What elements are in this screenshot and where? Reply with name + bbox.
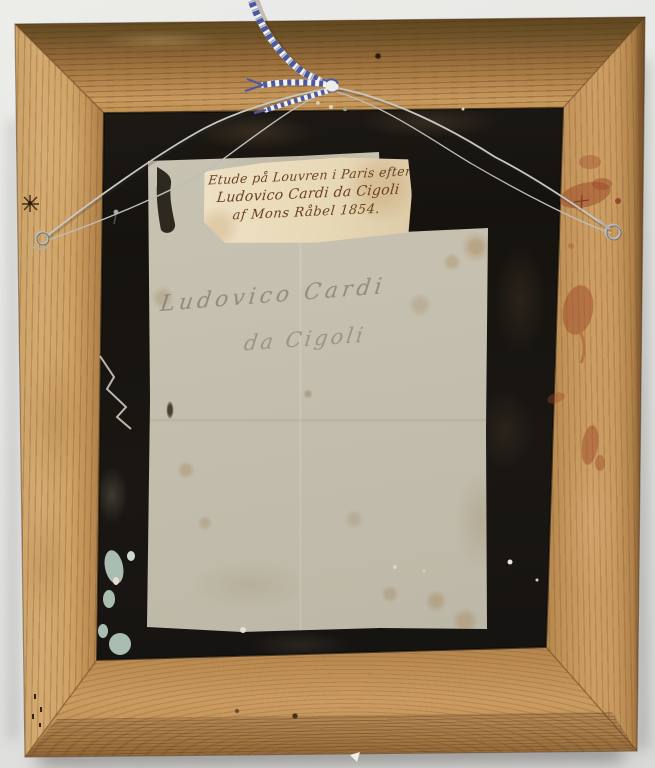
backing-specks	[114, 101, 539, 633]
paper-tear	[157, 167, 175, 233]
detail-overlay	[0, 0, 655, 768]
wood-knot-star	[22, 195, 39, 212]
photo-back-of-framed-painting: Etude på Louvren i Paris efter Ludovico …	[0, 0, 655, 768]
backing-crack	[100, 356, 131, 429]
left-eye-screw	[30, 232, 50, 249]
teal-paint-chips	[98, 549, 135, 655]
worm-holes	[33, 694, 41, 727]
